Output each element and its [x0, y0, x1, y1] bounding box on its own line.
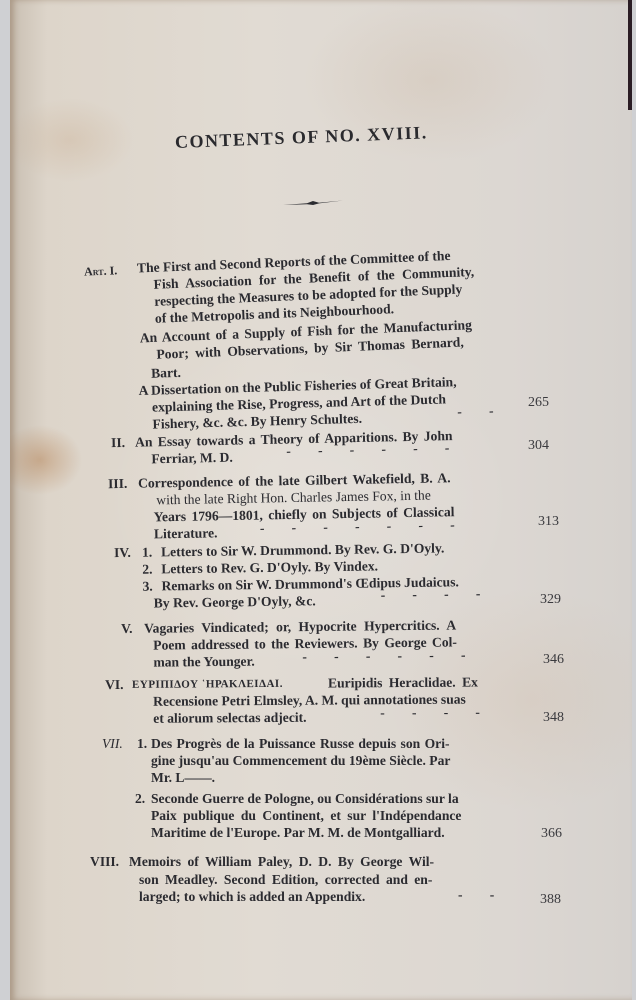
page-number-388: 388: [540, 892, 561, 908]
leader-dots: - -: [458, 886, 494, 903]
entry-line: larged; to which is added an Appendix.: [139, 888, 365, 905]
entry-line: son Meadley. Second Edition, corrected a…: [139, 871, 432, 888]
toc-entry-art-8: VIII. Memoirs of William Paley, D. D. By…: [10, 0, 632, 1000]
entry-line: Memoirs of William Paley, D. D. By Georg…: [129, 853, 434, 870]
article-number: VIII.: [90, 853, 119, 870]
book-page: CONTENTS OF NO. XVIII. Art. I. The First…: [10, 0, 632, 1000]
